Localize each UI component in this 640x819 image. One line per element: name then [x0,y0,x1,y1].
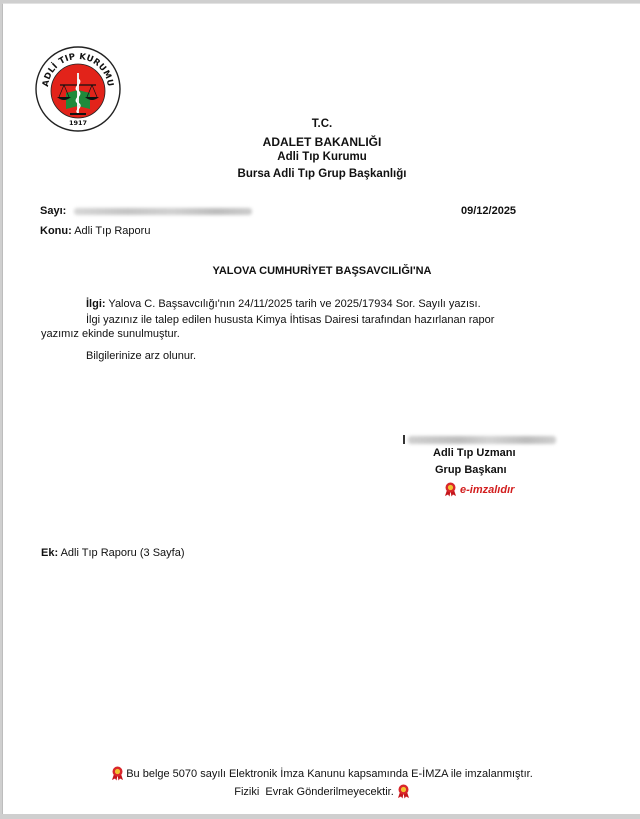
e-signature-seal-icon [397,784,410,799]
footer-notice-line2: Fiziki Evrak Gönderilmeyecektir. [3,784,640,799]
footer-notice-line1: Bu belge 5070 sayılı Elektronik İmza Kan… [3,766,640,781]
ek-value: Adli Tıp Raporu (3 Sayfa) [61,547,185,559]
footer-text-2: Fiziki Evrak Gönderilmeyecektir. [234,786,394,798]
konu-label: Konu: [40,225,72,237]
document-date: 09/12/2025 [461,205,516,217]
header-tc: T.C. [3,117,640,131]
signatory-title: Adli Tıp Uzmanı [433,447,516,459]
e-signature-badge: e-imzalıdır [444,482,514,497]
ilgi-text: Yalova C. Başsavcılığı'nın 24/11/2025 ta… [106,298,481,310]
signatory-position: Grup Başkanı [435,464,507,476]
e-signature-label: e-imzalıdır [460,484,514,496]
reference-line: İlgi: Yalova C. Başsavcılığı'nın 24/11/2… [86,297,481,311]
header-institution: Adli Tıp Kurumu [3,150,640,164]
ilgi-label: İlgi: [86,298,106,310]
footer-text-1: Bu belge 5070 sayılı Elektronik İmza Kan… [126,768,533,780]
document-subject: Konu: Adli Tıp Raporu [40,224,150,238]
attachment-line: Ek: Adli Tıp Raporu (3 Sayfa) [41,546,185,560]
document-number: Sayı: [40,204,252,218]
header-ministry: ADALET BAKANLIĞI [3,135,640,149]
ek-label: Ek: [41,547,58,559]
sayi-value-redacted [74,208,252,215]
sayi-label: Sayı: [40,205,66,217]
e-signature-seal-icon [444,482,457,497]
header-department: Bursa Adli Tıp Grup Başkanlığı [3,167,640,181]
document-page: ADLİ TIP KURUMU 1917 T.C. ADALET BAKANLI… [2,3,640,814]
e-signature-seal-icon [111,766,124,781]
body-paragraph-line2: yazımız ekinde sunulmuştur. [41,327,180,341]
closing-text: Bilgilerinize arz olunur. [86,349,196,363]
konu-value: Adli Tıp Raporu [74,225,150,237]
body-paragraph-line1: İlgi yazınız ile talep edilen hususta Ki… [86,313,494,327]
recipient: YALOVA CUMHURİYET BAŞSAVCILIĞI'NA [3,265,640,277]
